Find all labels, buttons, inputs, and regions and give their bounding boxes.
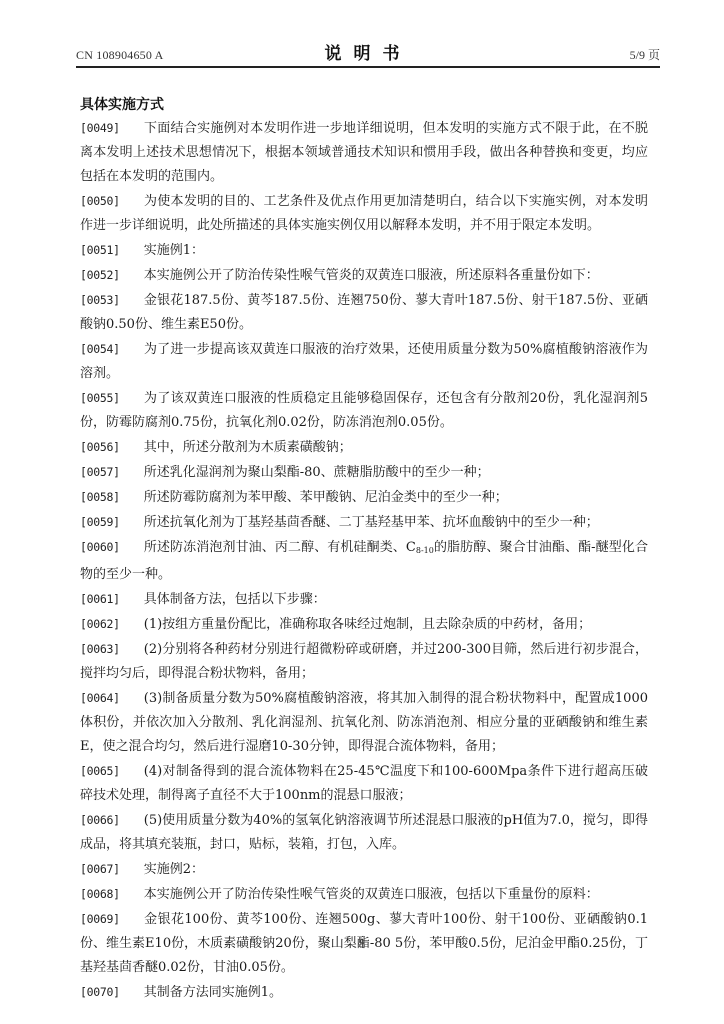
- paragraph-0060: [0060]所述防冻消泡剂甘油、丙二醇、有机硅酮类、C8-10的脂肪醇、聚合甘油…: [80, 535, 648, 587]
- section-heading: 具体实施方式: [80, 94, 648, 116]
- paragraph-number: [0067]: [80, 862, 120, 876]
- document-body: 具体实施方式 [0049]下面结合实施例对本发明作进一步地详细说明，但本发明的实…: [80, 94, 648, 1005]
- paragraph-number: [0065]: [80, 764, 120, 778]
- paragraph-number: [0055]: [80, 391, 120, 405]
- page-header: CN 108904650 A 说明书 5/9 页: [76, 42, 660, 68]
- paragraph-0067: [0067]实施例2：: [80, 857, 648, 882]
- paragraph-0058: [0058]所述防霉防腐剂为苯甲酸、苯甲酸钠、尼泊金类中的至少一种；: [80, 485, 648, 510]
- paragraph-text: 为了该双黄连口服液的性质稳定且能够稳固保存，还包含有分散剂20份，乳化湿润剂5份…: [80, 391, 648, 430]
- paragraph-0063: [0063](2)分别将各种药材分别进行超微粉碎或研磨，并过200-300目筛，…: [80, 637, 648, 686]
- paragraph-0070: [0070]其制备方法同实施例1。: [80, 980, 648, 1005]
- paragraph-text: 本实施例公开了防治传染性喉气管炎的双黄连口服液，所述原料各重量份如下：: [144, 268, 599, 283]
- paragraph-number: [0061]: [80, 592, 120, 606]
- paragraph-text: 所述抗氧化剂为丁基羟基茴香醚、二丁基羟基甲苯、抗坏血酸钠中的至少一种；: [144, 515, 599, 530]
- paragraph-text: 实施例2：: [144, 862, 204, 877]
- paragraph-0057: [0057]所述乳化湿润剂为聚山梨酯-80、蔗糖脂肪酸中的至少一种；: [80, 460, 648, 485]
- paragraph-text: 其中，所述分散剂为木质素磺酸钠；: [144, 440, 352, 455]
- paragraph-text-part: 所述防冻消泡剂甘油、丙二醇、有机硅酮类、C: [144, 540, 416, 555]
- paragraph-0054: [0054]为了进一步提高该双黄连口服液的治疗效果，还使用质量分数为50%腐植酸…: [80, 337, 648, 386]
- paragraph-number: [0070]: [80, 985, 120, 999]
- paragraph-number: [0059]: [80, 515, 120, 529]
- paragraph-number: [0053]: [80, 293, 120, 307]
- paragraph-text: 所述乳化湿润剂为聚山梨酯-80、蔗糖脂肪酸中的至少一种；: [144, 465, 490, 480]
- paragraph-number: [0050]: [80, 194, 120, 208]
- paragraph-0065: [0065](4)对制备得到的混合流体物料在25-45℃温度下和100-600M…: [80, 759, 648, 808]
- paragraph-0062: [0062](1)按组方重量份配比，准确称取各味经过炮制，且去除杂质的中药材，备…: [80, 612, 648, 637]
- paragraph-number: [0049]: [80, 121, 120, 135]
- paragraph-text: 下面结合实施例对本发明作进一步地详细说明，但本发明的实施方式不限于此，在不脱离本…: [80, 121, 648, 184]
- paragraph-number: [0069]: [80, 912, 120, 926]
- paragraph-number: [0068]: [80, 887, 120, 901]
- paragraph-0053: [0053]金银花187.5份、黄芩187.5份、连翘750份、蓼大青叶187.…: [80, 288, 648, 337]
- paragraph-text: (4)对制备得到的混合流体物料在25-45℃温度下和100-600Mpa条件下进…: [80, 764, 648, 803]
- paragraph-0049: [0049]下面结合实施例对本发明作进一步地详细说明，但本发明的实施方式不限于此…: [80, 116, 648, 189]
- paragraph-number: [0063]: [80, 642, 120, 656]
- paragraph-text: 具体制备方法，包括以下步骤：: [144, 592, 326, 607]
- paragraph-text: (2)分别将各种药材分别进行超微粉碎或研磨，并过200-300目筛，然后进行初步…: [80, 642, 648, 681]
- publication-number: CN 108904650 A: [76, 48, 163, 63]
- paragraph-0061: [0061]具体制备方法，包括以下步骤：: [80, 587, 648, 612]
- page-indicator: 5/9 页: [630, 46, 660, 63]
- paragraph-0050: [0050]为使本发明的目的、工艺条件及优点作用更加清楚明白，结合以下实施实例，…: [80, 189, 648, 238]
- paragraph-0059: [0059]所述抗氧化剂为丁基羟基茴香醚、二丁基羟基甲苯、抗坏血酸钠中的至少一种…: [80, 510, 648, 535]
- paragraph-text: 本实施例公开了防治传染性喉气管炎的双黄连口服液，包括以下重量份的原料：: [144, 887, 599, 902]
- paragraph-0051: [0051]实施例1：: [80, 238, 648, 263]
- paragraph-0068: [0068]本实施例公开了防治传染性喉气管炎的双黄连口服液，包括以下重量份的原料…: [80, 882, 648, 907]
- paragraph-text: 所述防霉防腐剂为苯甲酸、苯甲酸钠、尼泊金类中的至少一种；: [144, 490, 508, 505]
- paragraph-number: [0056]: [80, 440, 120, 454]
- paragraph-0052: [0052]本实施例公开了防治传染性喉气管炎的双黄连口服液，所述原料各重量份如下…: [80, 263, 648, 288]
- paragraph-0066: [0066](5)使用质量分数为40%的氢氧化钠溶液调节所述混悬口服液的pH值为…: [80, 808, 648, 857]
- paragraph-number: [0064]: [80, 691, 120, 705]
- paragraph-text: (3)制备质量分数为50%腐植酸钠溶液，将其加入制得的混合粉状物料中，配置成10…: [80, 691, 648, 754]
- paragraph-text: (1)按组方重量份配比，准确称取各味经过炮制，且去除杂质的中药材，备用；: [144, 617, 591, 632]
- paragraph-number: [0054]: [80, 342, 120, 356]
- paragraph-number: [0062]: [80, 617, 120, 631]
- paragraph-text: 其制备方法同实施例1。: [144, 985, 282, 1000]
- paragraph-text: (5)使用质量分数为40%的氢氧化钠溶液调节所述混悬口服液的pH值为7.0，搅匀…: [80, 813, 648, 852]
- paragraph-text: 为使本发明的目的、工艺条件及优点作用更加清楚明白，结合以下实施实例，对本发明作进…: [80, 194, 648, 233]
- paragraph-text: 实施例1：: [144, 243, 204, 258]
- paragraph-0056: [0056]其中，所述分散剂为木质素磺酸钠；: [80, 435, 648, 460]
- paragraph-text: 为了进一步提高该双黄连口服液的治疗效果，还使用质量分数为50%腐植酸钠溶液作为溶…: [80, 342, 648, 381]
- page-footer: 8: [0, 936, 724, 952]
- paragraph-text: 金银花187.5份、黄芩187.5份、连翘750份、蓼大青叶187.5份、射干1…: [80, 293, 648, 332]
- paragraph-0064: [0064](3)制备质量分数为50%腐植酸钠溶液，将其加入制得的混合粉状物料中…: [80, 686, 648, 759]
- paragraph-number: [0066]: [80, 813, 120, 827]
- paragraph-number: [0060]: [80, 540, 120, 554]
- paragraph-number: [0057]: [80, 465, 120, 479]
- paragraph-0055: [0055]为了该双黄连口服液的性质稳定且能够稳固保存，还包含有分散剂20份，乳…: [80, 386, 648, 435]
- subscript: 8-10: [416, 546, 434, 555]
- paragraph-number: [0058]: [80, 490, 120, 504]
- page-number: 8: [359, 936, 366, 951]
- document-title: 说明书: [325, 39, 412, 64]
- paragraph-number: [0051]: [80, 243, 120, 257]
- paragraph-number: [0052]: [80, 268, 120, 282]
